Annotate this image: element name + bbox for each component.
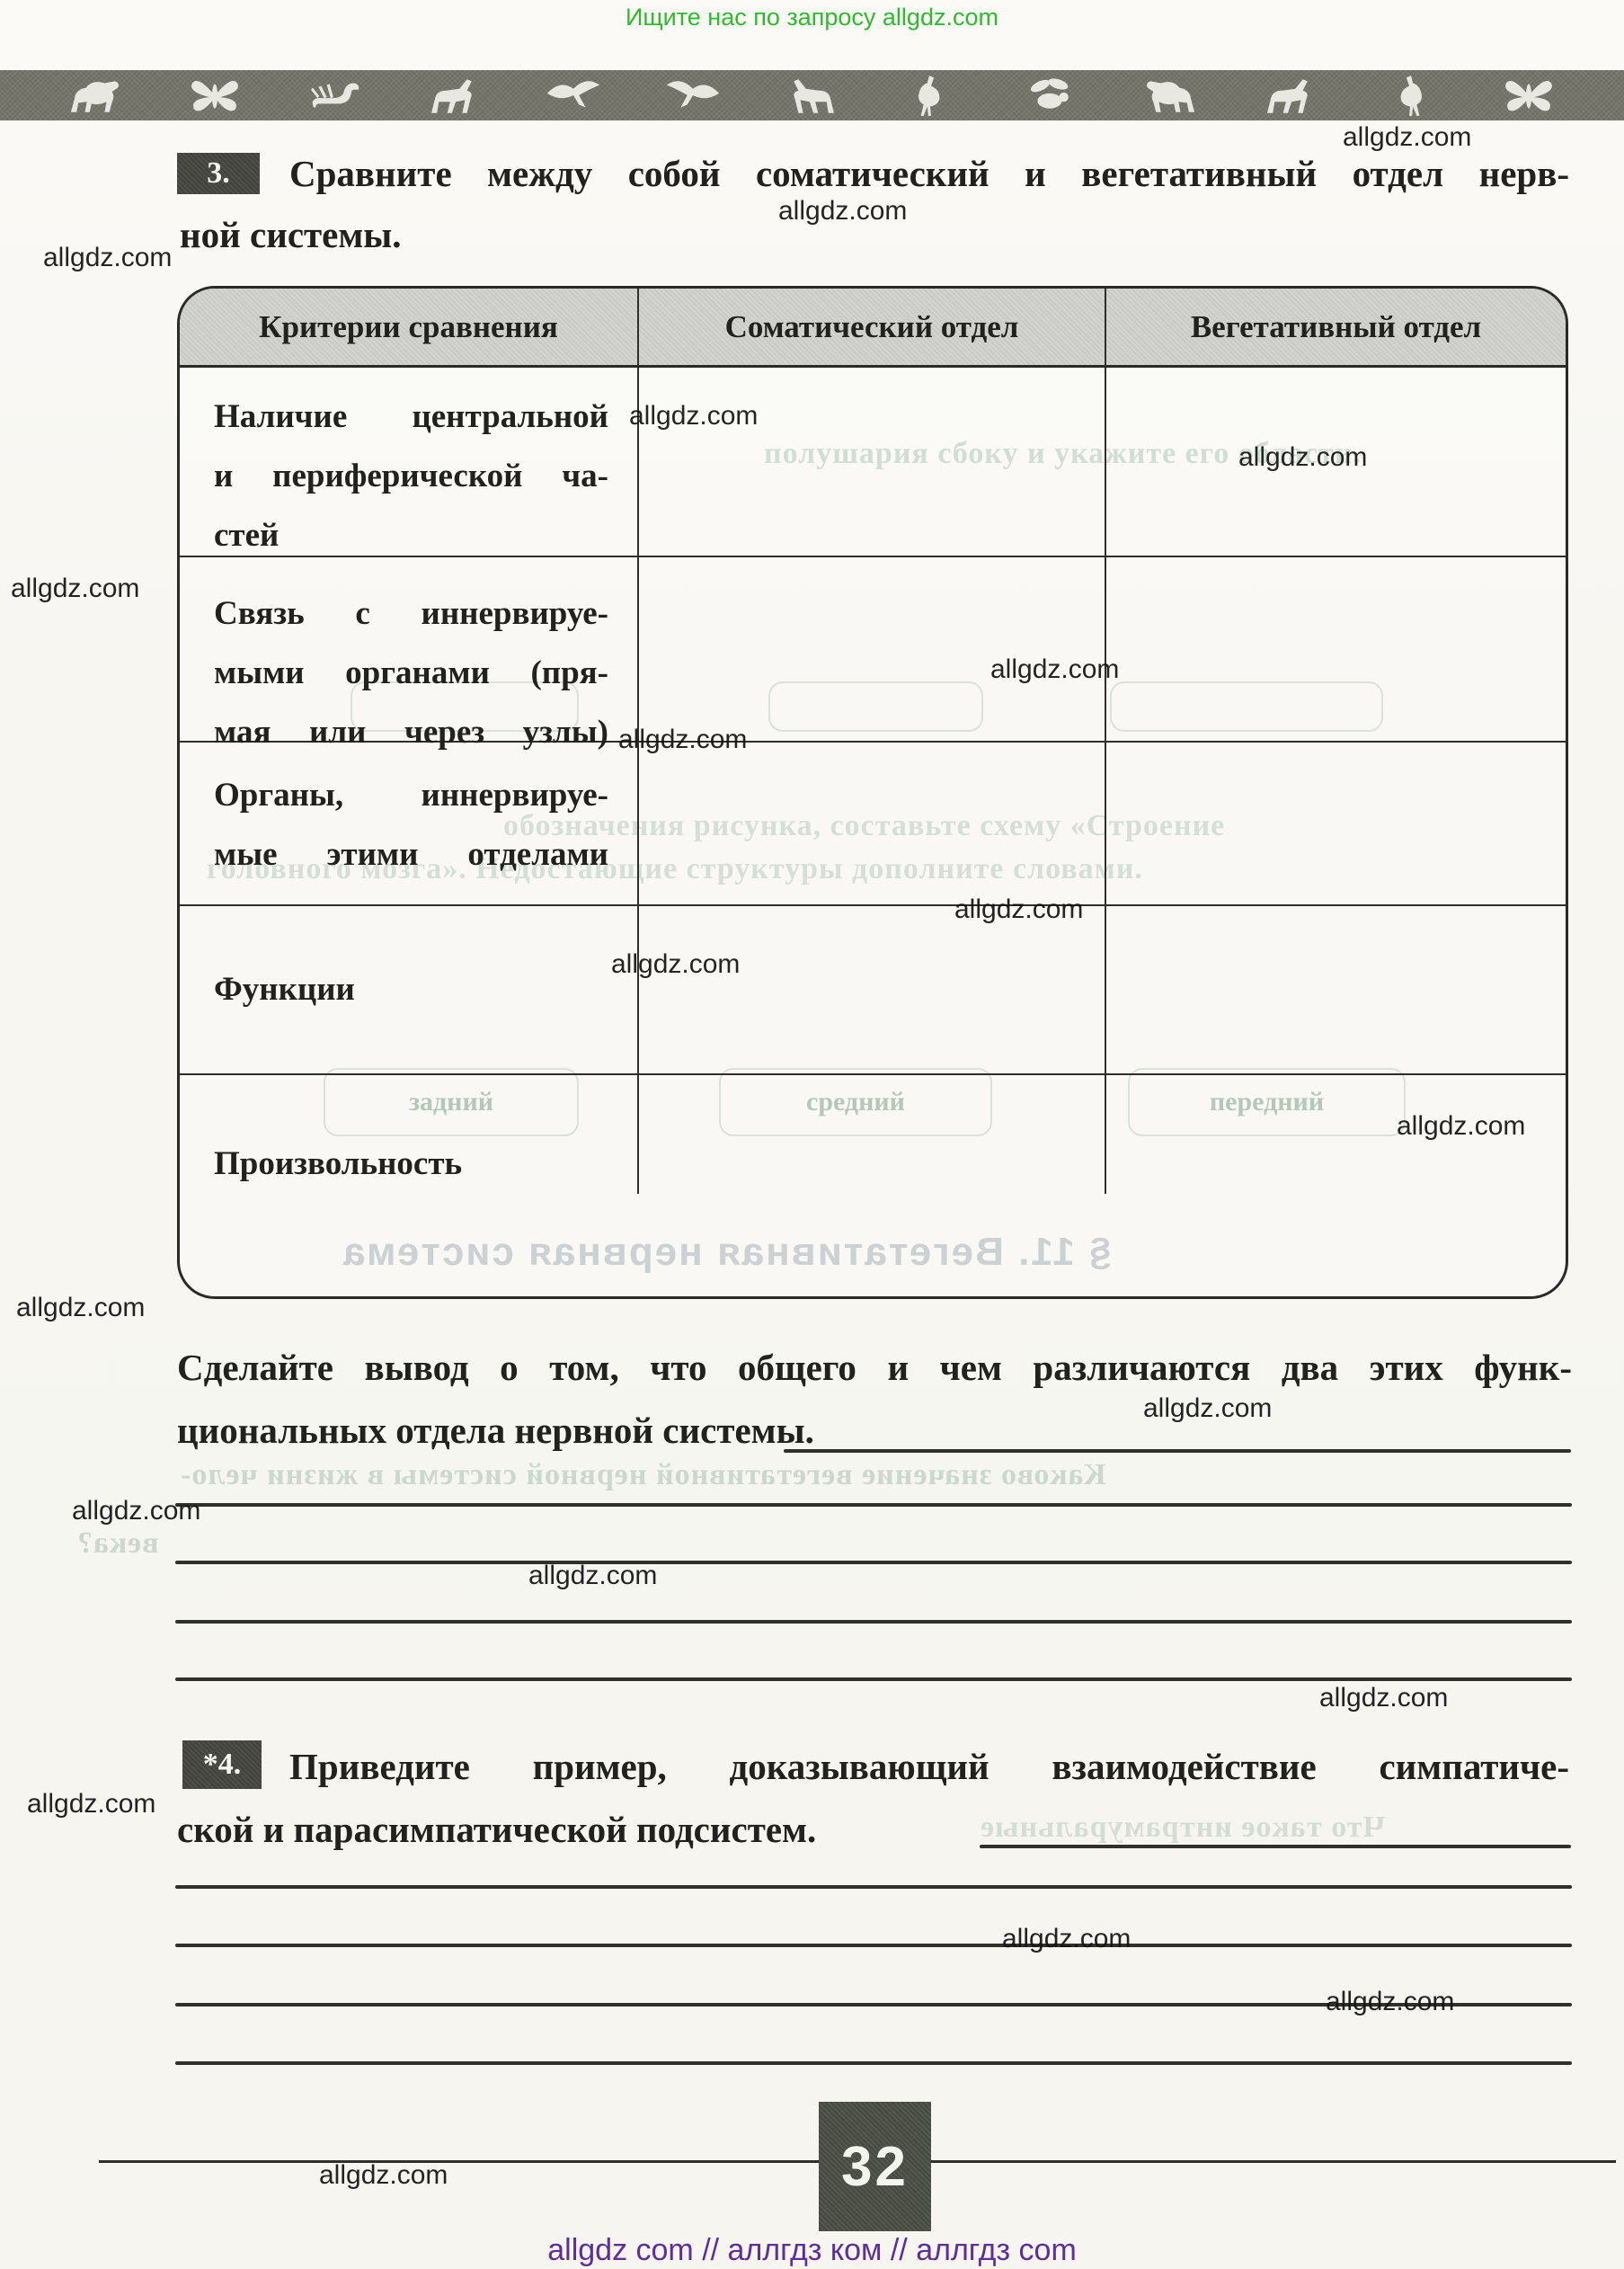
animal-antelope-icon [779,73,844,118]
page-number-tab: 32 [819,2102,931,2231]
watermark: allgdz.com [319,2160,448,2191]
answer-line [175,1620,1572,1624]
table-row-criterion-innervation-link: Связь с иннервируе- мыми органами (пря- … [180,557,639,743]
task3-text-line2: ной системы. [180,212,402,257]
row-label-line: Функции [214,960,608,1019]
table-cell-vegetative-3 [1106,743,1566,906]
bleed-question-tail: века? [76,1526,159,1561]
watermark: allgdz.com [27,1789,155,1820]
table-header-vegetative: Вегетативный отдел [1106,289,1566,365]
table-cell-somatic-4 [639,906,1106,1075]
animal-buffalo-icon [1138,73,1202,118]
row-label-line: Органы, иннервируе- [214,766,608,825]
watermark: allgdz.com [1397,1111,1525,1142]
row-label-line: мые этими отделами [214,825,608,885]
watermark: allgdz.com [16,1293,145,1323]
answer-line [175,1677,1572,1681]
animal-butterfly-icon [1496,73,1561,118]
answer-line-inline [784,1449,1571,1453]
watermark: allgdz.com [611,949,740,980]
task4-text-line1: Приведите пример, доказывающий взаимодей… [289,1744,1569,1789]
answer-line [175,1503,1572,1507]
watermark: allgdz.com [1326,1987,1454,2017]
table-row-criterion-central-peripheral: Наличие центральной и периферической ча-… [180,368,639,557]
watermark: allgdz.com [990,654,1119,685]
answer-line [175,1885,1572,1889]
animal-heron-icon [899,73,963,118]
animal-fox-icon [1257,73,1322,118]
watermark: allgdz.com [1319,1683,1448,1713]
animal-scorpion-icon [302,73,367,118]
task4-text-line2: ской и парасимпатической подсистем. [177,1807,816,1852]
watermark: allgdz.com [954,894,1083,925]
watermark: allgdz.com [1143,1393,1272,1424]
table-body: Наличие центральной и периферической ча-… [180,368,1566,1194]
animal-bison-icon [63,73,128,118]
table-header-somatic: Соматический отдел [639,289,1106,365]
footer-site-line: allgdz com // аллгдз ком // аллгдз com [0,2233,1624,2268]
table-cell-somatic-3 [639,743,1106,906]
answer-line [175,1561,1572,1564]
answer-line-inline [980,1845,1571,1848]
table-header-row: Критерии сравнения Соматический отдел Ве… [180,289,1566,368]
watermark: allgdz.com [43,243,172,273]
row-label-line: Произвольность [214,1134,608,1194]
animal-horse-icon [422,73,486,118]
table-header-criteria: Критерии сравнения [180,289,639,365]
animal-butterfly-icon [182,73,247,118]
task3-text-line1: Сравните между собой соматический и веге… [289,151,1569,196]
page-number: 32 [841,2135,909,2199]
bleed-question-line: Каково значение вегетативной нервной сис… [180,1458,1106,1492]
table-cell-somatic-1 [639,368,1106,557]
row-label-line: Связь с иннервируе- [214,584,608,644]
task3-number: 3. [207,156,230,191]
site-search-notice: Ищите нас по запросу allgdz.com [0,4,1624,31]
watermark: allgdz.com [11,574,139,604]
watermark: allgdz.com [1002,1924,1131,1954]
table-row-criterion-organs: Органы, иннервируе- мые этими отделами [180,743,639,906]
animal-goose-icon [661,73,725,118]
watermark: allgdz.com [1238,442,1367,473]
animal-bee-icon [1018,73,1083,118]
conclusion-text-line2: циональных отдела нервной системы. [177,1408,814,1453]
answer-line [175,1944,1572,1947]
task3-number-badge: 3. [177,153,260,194]
animal-banner [0,70,1624,120]
animal-flying-bird-icon [541,73,606,118]
answer-line [175,2061,1572,2065]
watermark: allgdz.com [72,1496,200,1526]
watermark: allgdz.com [778,196,907,227]
task4-number-badge: *4. [182,1740,262,1789]
bleed-question2-line: Что такое интрамуральные [980,1811,1385,1845]
row-label-line: мыми органами (пря- [214,644,608,703]
watermark: allgdz.com [1343,122,1471,153]
row-label-line: Наличие центральной [214,387,608,447]
workbook-page: Ищите нас по запросу allgdz.com полушари… [0,0,1624,2269]
conclusion-text-line1: Сделайте вывод о том, что общего и чем р… [177,1345,1572,1390]
table-row-criterion-functions: Функции [180,906,639,1075]
animal-hare-icon [1377,73,1442,118]
table-cell-vegetative-2 [1106,557,1566,743]
table-cell-somatic-5 [639,1075,1106,1194]
watermark: allgdz.com [629,401,758,432]
row-label-line: и периферической ча- [214,447,608,506]
watermark: allgdz.com [618,725,747,755]
table-row-criterion-voluntariness: Произвольность [180,1075,639,1194]
table-cell-vegetative-4 [1106,906,1566,1075]
task4-number: *4. [203,1748,242,1782]
comparison-table: Критерии сравнения Соматический отдел Ве… [177,286,1568,1299]
table-cell-somatic-2 [639,557,1106,743]
watermark: allgdz.com [528,1561,657,1591]
